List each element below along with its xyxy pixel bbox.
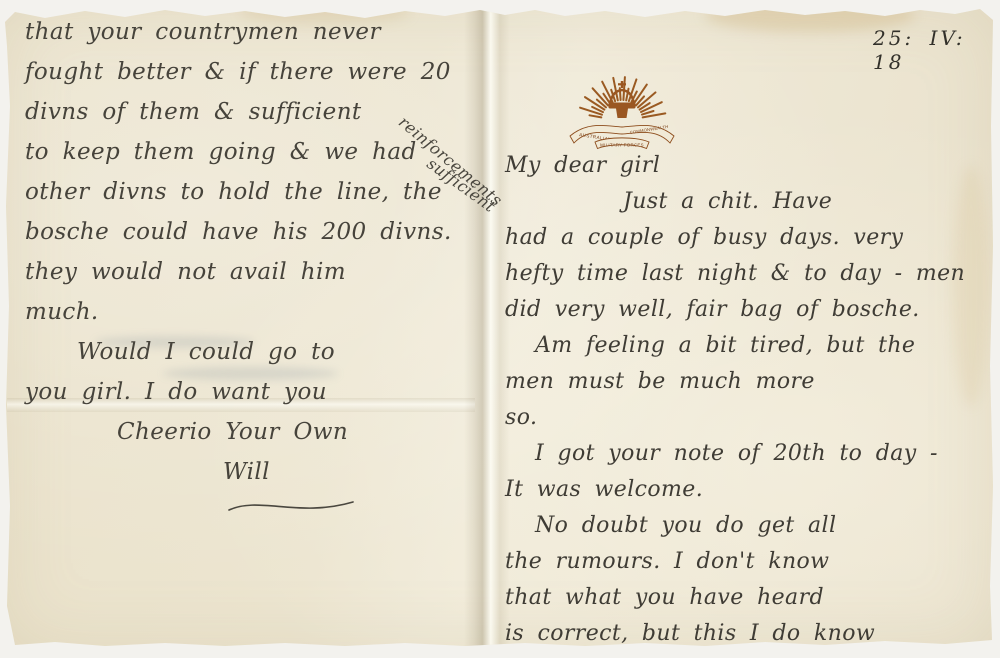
right-page-text: My dear girl Just a chit. Have had a cou…	[505, 148, 985, 652]
handwritten-line: that your countrymen never	[25, 12, 477, 52]
handwritten-line: much.	[25, 292, 477, 332]
rising-sun-badge: AUSTRALIAN COMMONWEALTH MILITARY FORCES	[556, 58, 688, 150]
handwritten-line: men must be much more	[505, 364, 985, 400]
handwritten-line: so.	[505, 400, 985, 436]
handwritten-line: hefty time last night & to day - men	[505, 256, 985, 292]
left-page-text: that your countrymen never fought better…	[25, 12, 477, 492]
handwritten-line: you girl. I do want you	[25, 372, 477, 412]
badge-banner-bottom: MILITARY FORCES	[595, 138, 649, 149]
handwritten-line: bosche could have his 200 divns.	[25, 212, 477, 252]
handwritten-line: No doubt you do get all	[505, 508, 985, 544]
closing-line: Cheerio Your Own	[25, 412, 477, 452]
handwritten-line: the rumours. I don't know	[505, 544, 985, 580]
handwritten-line: Just a chit. Have	[505, 184, 985, 220]
crown-icon	[609, 81, 636, 118]
handwritten-line: It was welcome.	[505, 472, 985, 508]
handwritten-line: did very well, fair bag of bosche.	[505, 292, 985, 328]
handwritten-line: they would not avail him	[25, 252, 477, 292]
handwritten-line: fought better & if there were 20	[25, 52, 477, 92]
greeting: My dear girl	[505, 148, 985, 184]
signature-flourish	[225, 496, 365, 518]
handwritten-line: other divns to hold the line, the	[25, 172, 477, 212]
svg-text:MILITARY FORCES: MILITARY FORCES	[600, 143, 644, 148]
handwritten-line: had a couple of busy days. very	[505, 220, 985, 256]
handwritten-line: Am feeling a bit tired, but the	[505, 328, 985, 364]
letter-sheet: that your countrymen never fought better…	[5, 6, 994, 647]
signature: Will	[25, 452, 477, 492]
handwritten-line: that what you have heard	[505, 580, 985, 616]
handwritten-line: is correct, but this I do know	[505, 616, 985, 652]
handwritten-line: I got your note of 20th to day -	[505, 436, 985, 472]
handwritten-line: Would I could go to	[25, 332, 477, 372]
scanned-letter-page: { "scan": { "date": "25: IV: 18", "badge…	[0, 0, 1000, 658]
letter-date: 25: IV: 18	[873, 26, 994, 74]
